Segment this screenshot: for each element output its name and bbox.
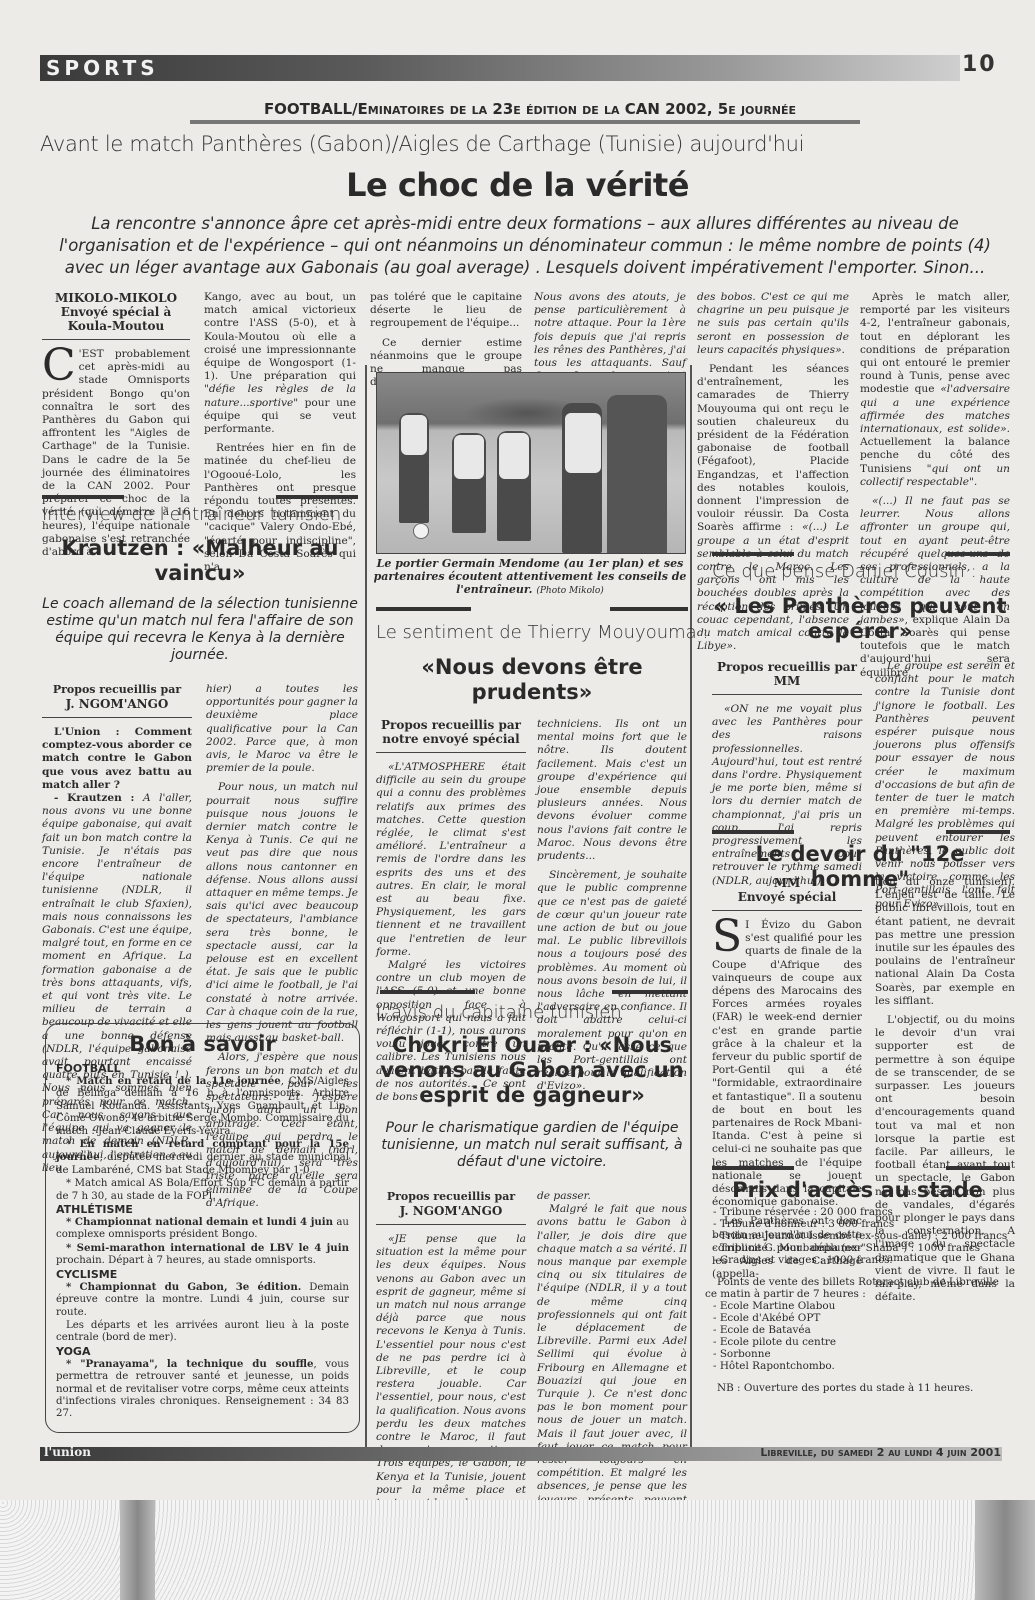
points-de-vente-intro: Points de vente des billets Rotaract clu… (705, 1276, 1010, 1300)
answer-label: - Krautzen : (54, 792, 143, 804)
point-de-vente: - Ecole d'Akébé OPT (713, 1312, 1010, 1324)
byline-name: J. NGOM'ANGO (376, 1204, 526, 1218)
section-rule (946, 1166, 1010, 1170)
points-de-vente-list: - Ecole Martine Olabou - Ecole d'Akébé O… (705, 1300, 1010, 1372)
footer-date: Libreville, du samedi 2 au lundi 4 juin … (760, 1446, 1001, 1459)
tarif-item: - Tribune réservée : 20 000 francs (713, 1206, 1010, 1218)
elouaer-overline: L'avis du capitaine tunisien (376, 1002, 622, 1023)
elouaer-headline: Chokri El Ouaer : «Nous venons au Gabon … (376, 1033, 688, 1108)
column-rule (690, 365, 692, 1450)
box-section-heading: YOGA (56, 1345, 349, 1358)
newspaper-logo: l'union (44, 1445, 91, 1459)
box-title: Bon à savoir (56, 1032, 349, 1056)
byline-label: Propos recueillis par (42, 683, 192, 697)
nb-note: NB : Ouverture des portes du stade à 11 … (705, 1382, 1010, 1394)
item-text: prochain. Départ à 7 heures, au stade om… (56, 1255, 316, 1266)
drop-cap: C (42, 348, 79, 384)
interview-answer: «L'ATMOSPHERE était difficile au sein du… (376, 761, 526, 959)
box-section-yoga: YOGA * "Pranayama", la technique du souf… (56, 1345, 349, 1421)
lead-byline: MIKOLO-MIKOLO Envoyé spécial à Koula-Mou… (42, 291, 190, 340)
section-rule (380, 990, 475, 994)
byline-name: notre envoyé spécial (376, 732, 526, 746)
section-rule (610, 607, 688, 611)
elouaer-column-2: de passer. Malgré le fait que nous avons… (537, 1190, 687, 1520)
point-de-vente: - Ecole de Batavéa (713, 1324, 1010, 1336)
box-section-football: FOOTBALL * Match en retard de la 11e jou… (56, 1062, 349, 1203)
prix-acces-box: Prix d'accès au stade - Tribune réservée… (705, 1178, 1010, 1394)
byline-label: Propos recueillis par (712, 660, 862, 674)
lead-standfirst: La rencontre s'annonce âpre cet après-mi… (40, 213, 1010, 279)
interview-answer: Malgré le fait que nous avons battu le G… (537, 1203, 687, 1520)
section-rule (276, 495, 358, 499)
section-rule (712, 1166, 794, 1170)
section-rule (42, 495, 124, 499)
douzieme-byline: MM Envoyé spécial (712, 876, 862, 911)
lead-column-2: Kango, avec au bout, un match amical vic… (204, 291, 356, 574)
byline-name: MM (712, 876, 862, 890)
byline-label: Propos recueillis par (376, 1190, 526, 1204)
lead-quote: des bobos. C'est ce qui me chagrine un p… (697, 291, 849, 357)
item-bold: * Championnat du Gabon, 3e édition. (66, 1281, 301, 1293)
section-rule (712, 552, 794, 556)
bon-a-savoir-box: Bon à savoir FOOTBALL * Match en retard … (45, 1023, 360, 1433)
box-section-heading: CYCLISME (56, 1268, 349, 1281)
elouaer-byline: Propos recueillis par J. NGOM'ANGO (376, 1190, 526, 1225)
lead-paragraph: Pendant les séances d'entraînement, les … (697, 363, 849, 533)
tarif-list: - Tribune réservée : 20 000 francs - Tri… (705, 1206, 1010, 1266)
team-training-photo (376, 372, 686, 554)
cousin-headline: « Les Panthères peuvent espérer» (705, 594, 1015, 644)
cousin-byline: Propos recueillis par MM (712, 660, 862, 695)
point-de-vente: - Ecole pilote du centre (713, 1336, 1010, 1348)
item-text: Les départs et les arrivées auront lieu … (56, 1320, 349, 1343)
tarif-item: - Tribune d'honneur : 3 000 francs (713, 1218, 1010, 1230)
box-section-athletisme: ATHLÉTISME * Championnat national demain… (56, 1203, 349, 1268)
point-de-vente: - Hôtel Rapontchombo. (713, 1360, 1010, 1372)
box-section-heading: FOOTBALL (56, 1062, 349, 1075)
lead-headline: Le choc de la vérité (0, 166, 1035, 204)
interview-answer: hier) a toutes les opportunités pour gag… (206, 683, 358, 775)
photo-credit: (Photo Mikolo) (536, 586, 603, 596)
byline-label: Propos recueillis par (376, 718, 526, 732)
box-section-cyclisme: CYCLISME * Championnat du Gabon, 3e édit… (56, 1268, 349, 1345)
krautzen-deck: Le coach allemand de la sélection tunisi… (42, 596, 358, 664)
interview-answer: «JE pense que la situation est la même p… (376, 1233, 526, 1510)
interview-answer: techniciens. Ils ont un mental moins for… (537, 718, 687, 863)
krautzen-overline: Interview de l'entraîneur tunisien (42, 504, 341, 525)
krautzen-headline: Krautzen : «Malheur au vaincu» (42, 536, 358, 586)
cousin-overline: Ce que pense Daniel Cousin : (712, 561, 977, 582)
prix-title: Prix d'accès au stade (705, 1178, 1010, 1202)
ball (413, 523, 429, 539)
column-rule (365, 365, 367, 1450)
byline-name: J. NGOM'ANGO (42, 697, 192, 711)
mouyouma-byline: Propos recueillis par notre envoyé spéci… (376, 718, 526, 753)
tarif-item: - Tribune G. Moubamba (ex-"Shaba") : 100… (713, 1242, 1010, 1254)
kicker: FOOTBALL/Eminatoires de la 23e édition d… (200, 100, 860, 118)
item-bold: * Championnat national demain et lundi 4… (66, 1216, 333, 1228)
article-paragraph: I Évizo du Gabon s'est qualifié pour les… (712, 919, 862, 1208)
section-rule (712, 830, 794, 834)
article-paragraph: tion du onze tunisien). L'enjeu est de t… (875, 876, 1015, 1008)
lead-paragraph: Kango, avec au bout, un match amical vic… (204, 291, 356, 382)
byline-name: MM (712, 674, 862, 688)
kicker-rule (190, 120, 860, 124)
point-de-vente: - Ecole Martine Olabou (713, 1300, 1010, 1312)
section-rule (612, 990, 688, 994)
item-text: , disputée mercredi dernier au stade mun… (56, 1152, 349, 1175)
lead-overline: Avant le match Panthères (Gabon)/Aigles … (40, 132, 804, 156)
newspaper-page: SPORTS 10 FOOTBALL/Eminatoires de la 23e… (0, 0, 1035, 1500)
krautzen-byline: Propos recueillis par J. NGOM'ANGO (42, 683, 192, 718)
photo-caption: Le portier Germain Mendome (au 1er plan)… (370, 557, 690, 598)
drop-cap: S (712, 919, 745, 955)
section-label: SPORTS (46, 56, 159, 80)
item-bold: * Semi-marathon international de LBV le … (66, 1242, 349, 1254)
byline-role: Envoyé spécial à Koula-Moutou (42, 305, 190, 333)
lead-paragraph: Après le match aller, remporté par les v… (860, 291, 1010, 395)
section-rule (376, 607, 471, 611)
lead-paragraph: pas toléré que le capitaine déserte le l… (370, 291, 522, 331)
section-rule (946, 830, 1010, 834)
page-number: 10 (962, 52, 997, 77)
item-bold: * "Pranayama", la technique du souffle (66, 1358, 313, 1370)
byline-role: Envoyé spécial (712, 890, 862, 904)
interview-answer: de passer. (537, 1190, 687, 1203)
caption-text: Le portier Germain Mendome (au 1er plan)… (374, 557, 687, 596)
elouaer-deck: Pour le charismatique gardien de l'équip… (376, 1120, 688, 1171)
item-bold: * Match en retard de la 11e journée (66, 1075, 281, 1087)
interview-question: L'Union : Comment comptez-vous aborder c… (42, 726, 192, 792)
mouyouma-headline: «Nous devons être prudents» (376, 655, 688, 705)
scan-margin (0, 1500, 1035, 1600)
item-text: * Match amical AS Bola/Effort Sup FC dem… (56, 1178, 349, 1201)
section-banner: SPORTS (40, 55, 960, 81)
point-de-vente: - Sorbonne (713, 1348, 1010, 1360)
tarif-item: - Gradins et virages : 1000 francs. (713, 1254, 1010, 1266)
interview-answer: Pour nous, un match nul pourrait nous su… (206, 781, 358, 1045)
box-section-heading: ATHLÉTISME (56, 1203, 349, 1216)
elouaer-column-1: Propos recueillis par J. NGOM'ANGO «JE p… (376, 1190, 526, 1510)
byline-name: MIKOLO-MIKOLO (42, 291, 190, 305)
section-rule (946, 552, 1010, 556)
mouyouma-overline: Le sentiment de Thierry Mouyouma : (376, 622, 708, 643)
tarif-item: - Tribune Jeannot Issembé (ex-sous-dalle… (713, 1230, 1010, 1242)
